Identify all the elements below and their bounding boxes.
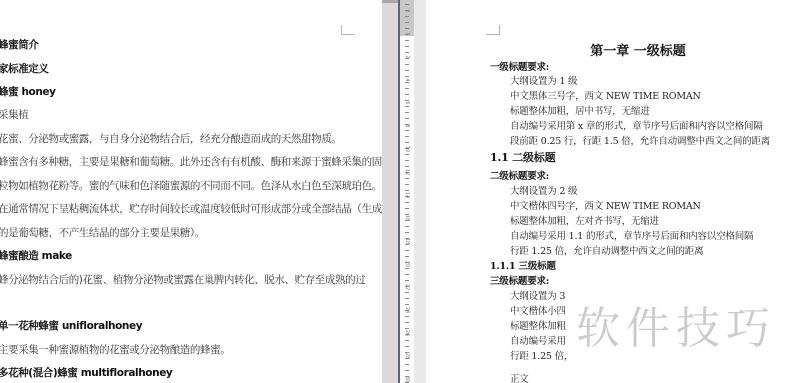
ruler-tick <box>405 142 409 143</box>
page-gutter: 2124681012141618202224262830 <box>382 0 426 383</box>
ruler-tick <box>405 46 409 47</box>
ruler-tick <box>405 40 409 41</box>
requirement-line: 自动编号采用 1.1 的形式，章节序号后面和内容以空格间隔 <box>510 228 753 242</box>
ruler-tick <box>405 16 409 17</box>
ruler-tick <box>405 292 409 293</box>
ruler-tick <box>405 154 409 155</box>
watermark-text: 软件技巧 <box>576 292 776 356</box>
ruler-tick <box>405 64 409 65</box>
ruler-tick <box>405 70 409 71</box>
heading-line: 蜂蜜酿造 make <box>0 248 72 263</box>
paragraph-line: 花蜜、分泌物或蜜露，与自身分泌物结合后，经充分酿造而成的天然甜物质。 <box>0 131 341 146</box>
requirement-line: 中文楷体四号字，西文 NEW TIME ROMAN <box>510 198 701 212</box>
paragraph-line: 蜂分泌物结合后的)花蜜、植物分泌物或蜜露在巢脾内转化、脱水、贮存至成熟的过 <box>0 272 365 287</box>
ruler-tick <box>405 322 409 323</box>
vertical-ruler[interactable]: 2124681012141618202224262830 <box>400 0 414 383</box>
ruler-tick <box>405 346 409 347</box>
heading-line: 蜂蜜 honey <box>0 84 56 99</box>
requirement-line: 自动编号采用 <box>510 333 566 347</box>
gutter-right-area <box>414 0 426 383</box>
ruler-tick <box>405 88 409 89</box>
requirement-line: 大纲设置为 1 级 <box>510 73 577 87</box>
requirement-line: 大纲设置为 2 级 <box>510 183 577 197</box>
ruler-tick <box>405 130 409 131</box>
heading-line: 单一花种蜂蜜 unifloralhoney <box>0 318 142 333</box>
paragraph-line: 在通常情况下呈粘稠流体状，贮存时间较长或温度较低时可形成部分或全部结晶（生成 <box>0 201 382 216</box>
ruler-number: 2 <box>404 53 410 61</box>
ruler-number: 4 <box>404 76 410 84</box>
ruler-number: 18 <box>404 237 410 245</box>
requirement-line: 中文楷体小四 <box>510 303 566 317</box>
page-corner-mark <box>486 25 500 35</box>
ruler-tick <box>405 4 409 5</box>
scrollbar-thumb[interactable] <box>382 0 398 3</box>
paragraph-line: 粒物如植物花粉等。蜜的气味和色泽随蜜源的不同而不同。色泽从水白色至深琥珀色。 <box>0 178 382 193</box>
heading-line: 蜂蜜简介 <box>0 37 38 52</box>
ruler-tick <box>405 250 409 251</box>
ruler-number: 28 <box>404 352 410 360</box>
ruler-number: 24 <box>404 306 410 314</box>
ruler-number: 10 <box>404 145 410 153</box>
ruler-number: 26 <box>404 329 410 337</box>
ruler-tick <box>405 160 409 161</box>
ruler-tick <box>405 256 409 257</box>
ruler-tick <box>405 136 409 137</box>
ruler-number: 2 <box>404 7 410 15</box>
heading-line: 三级标题要求: <box>490 273 549 287</box>
requirement-line: 标题整体加粗 <box>510 318 566 332</box>
ruler-tick <box>405 22 409 23</box>
chapter-title: 第一章 一级标题 <box>426 40 800 59</box>
requirement-line: 行距 1.25 倍，允许自动调整中西文之间的距离 <box>510 243 703 257</box>
paragraph-line: 蜂蜜含有多种糖，主要是果糖和葡萄糖。此外还含有有机酸、酶和来源于蜜蜂采集的固 <box>0 154 382 169</box>
ruler-tick <box>405 112 409 113</box>
ruler-number: 12 <box>404 168 410 176</box>
ruler-number: 8 <box>404 122 410 130</box>
ruler-tick <box>405 184 409 185</box>
ruler-number: 22 <box>404 283 410 291</box>
page-corner-mark <box>341 25 355 35</box>
paragraph-line: 的是葡萄糖，不产生结晶的部分主要是果糖）。 <box>0 225 205 240</box>
requirement-line: 段前距 0.25 行，行距 1.5 倍，允许自动调整中西文之间的距离 <box>510 133 770 147</box>
gutter-shade <box>382 0 398 383</box>
ruler-tick <box>405 364 409 365</box>
heading-line: 多花种(混合)蜂蜜 multifloralhoney <box>0 365 172 380</box>
ruler-number: 16 <box>404 214 410 222</box>
ruler-tick <box>405 316 409 317</box>
requirement-line: 正文 <box>510 371 529 383</box>
ruler-number: 6 <box>404 99 410 107</box>
ruler-tick <box>405 178 409 179</box>
ruler-tick <box>405 166 409 167</box>
ruler-tick <box>405 274 409 275</box>
ruler-tick <box>405 304 409 305</box>
heading-line: 一级标题要求: <box>490 59 549 73</box>
ruler-tick <box>405 280 409 281</box>
ruler-tick <box>405 298 409 299</box>
ruler-tick <box>405 226 409 227</box>
heading-line: 家标准定义 <box>0 61 49 76</box>
requirement-line: 自动编号采用第 x 章的形式，章节序号后面和内容以空格间隔 <box>510 118 763 132</box>
heading-line: 1.1.1 三级标题 <box>490 258 556 272</box>
requirement-line: 大纲设置为 3 <box>510 288 565 302</box>
ruler-number: 1 <box>404 30 410 38</box>
heading-line: 二级标题要求: <box>490 168 549 182</box>
ruler-tick <box>405 28 409 29</box>
requirement-line: 中文黑体三号字，西文 NEW TIME ROMAN <box>510 88 701 102</box>
ruler-number: 14 <box>404 191 410 199</box>
left-document-page[interactable]: 蜂蜜简介家标准定义蜂蜜 honey采集植花蜜、分泌物或蜜露，与自身分泌物结合后，… <box>0 0 382 383</box>
ruler-number: 20 <box>404 260 410 268</box>
ruler-tick <box>405 340 409 341</box>
requirement-line: 标题整体加粗，左对齐书写，无缩进 <box>510 213 659 227</box>
ruler-tick <box>405 232 409 233</box>
paragraph-line: 采集植 <box>0 107 28 122</box>
requirement-line: 行距 1.25 倍， <box>510 348 573 362</box>
ruler-tick <box>405 94 409 95</box>
ruler-tick <box>405 208 409 209</box>
paragraph-line: 主要采集一种蜜源植物的花蜜或分泌物酿造的蜂蜜。 <box>0 342 230 357</box>
ruler-tick <box>405 370 409 371</box>
ruler-tick <box>405 118 409 119</box>
requirement-line: 标题整体加粗，居中书写，无缩进 <box>510 103 650 117</box>
ruler-tick <box>405 268 409 269</box>
ruler-number: 30 <box>404 375 410 383</box>
ruler-tick <box>405 202 409 203</box>
heading-line: 1.1 二级标题 <box>490 149 555 165</box>
